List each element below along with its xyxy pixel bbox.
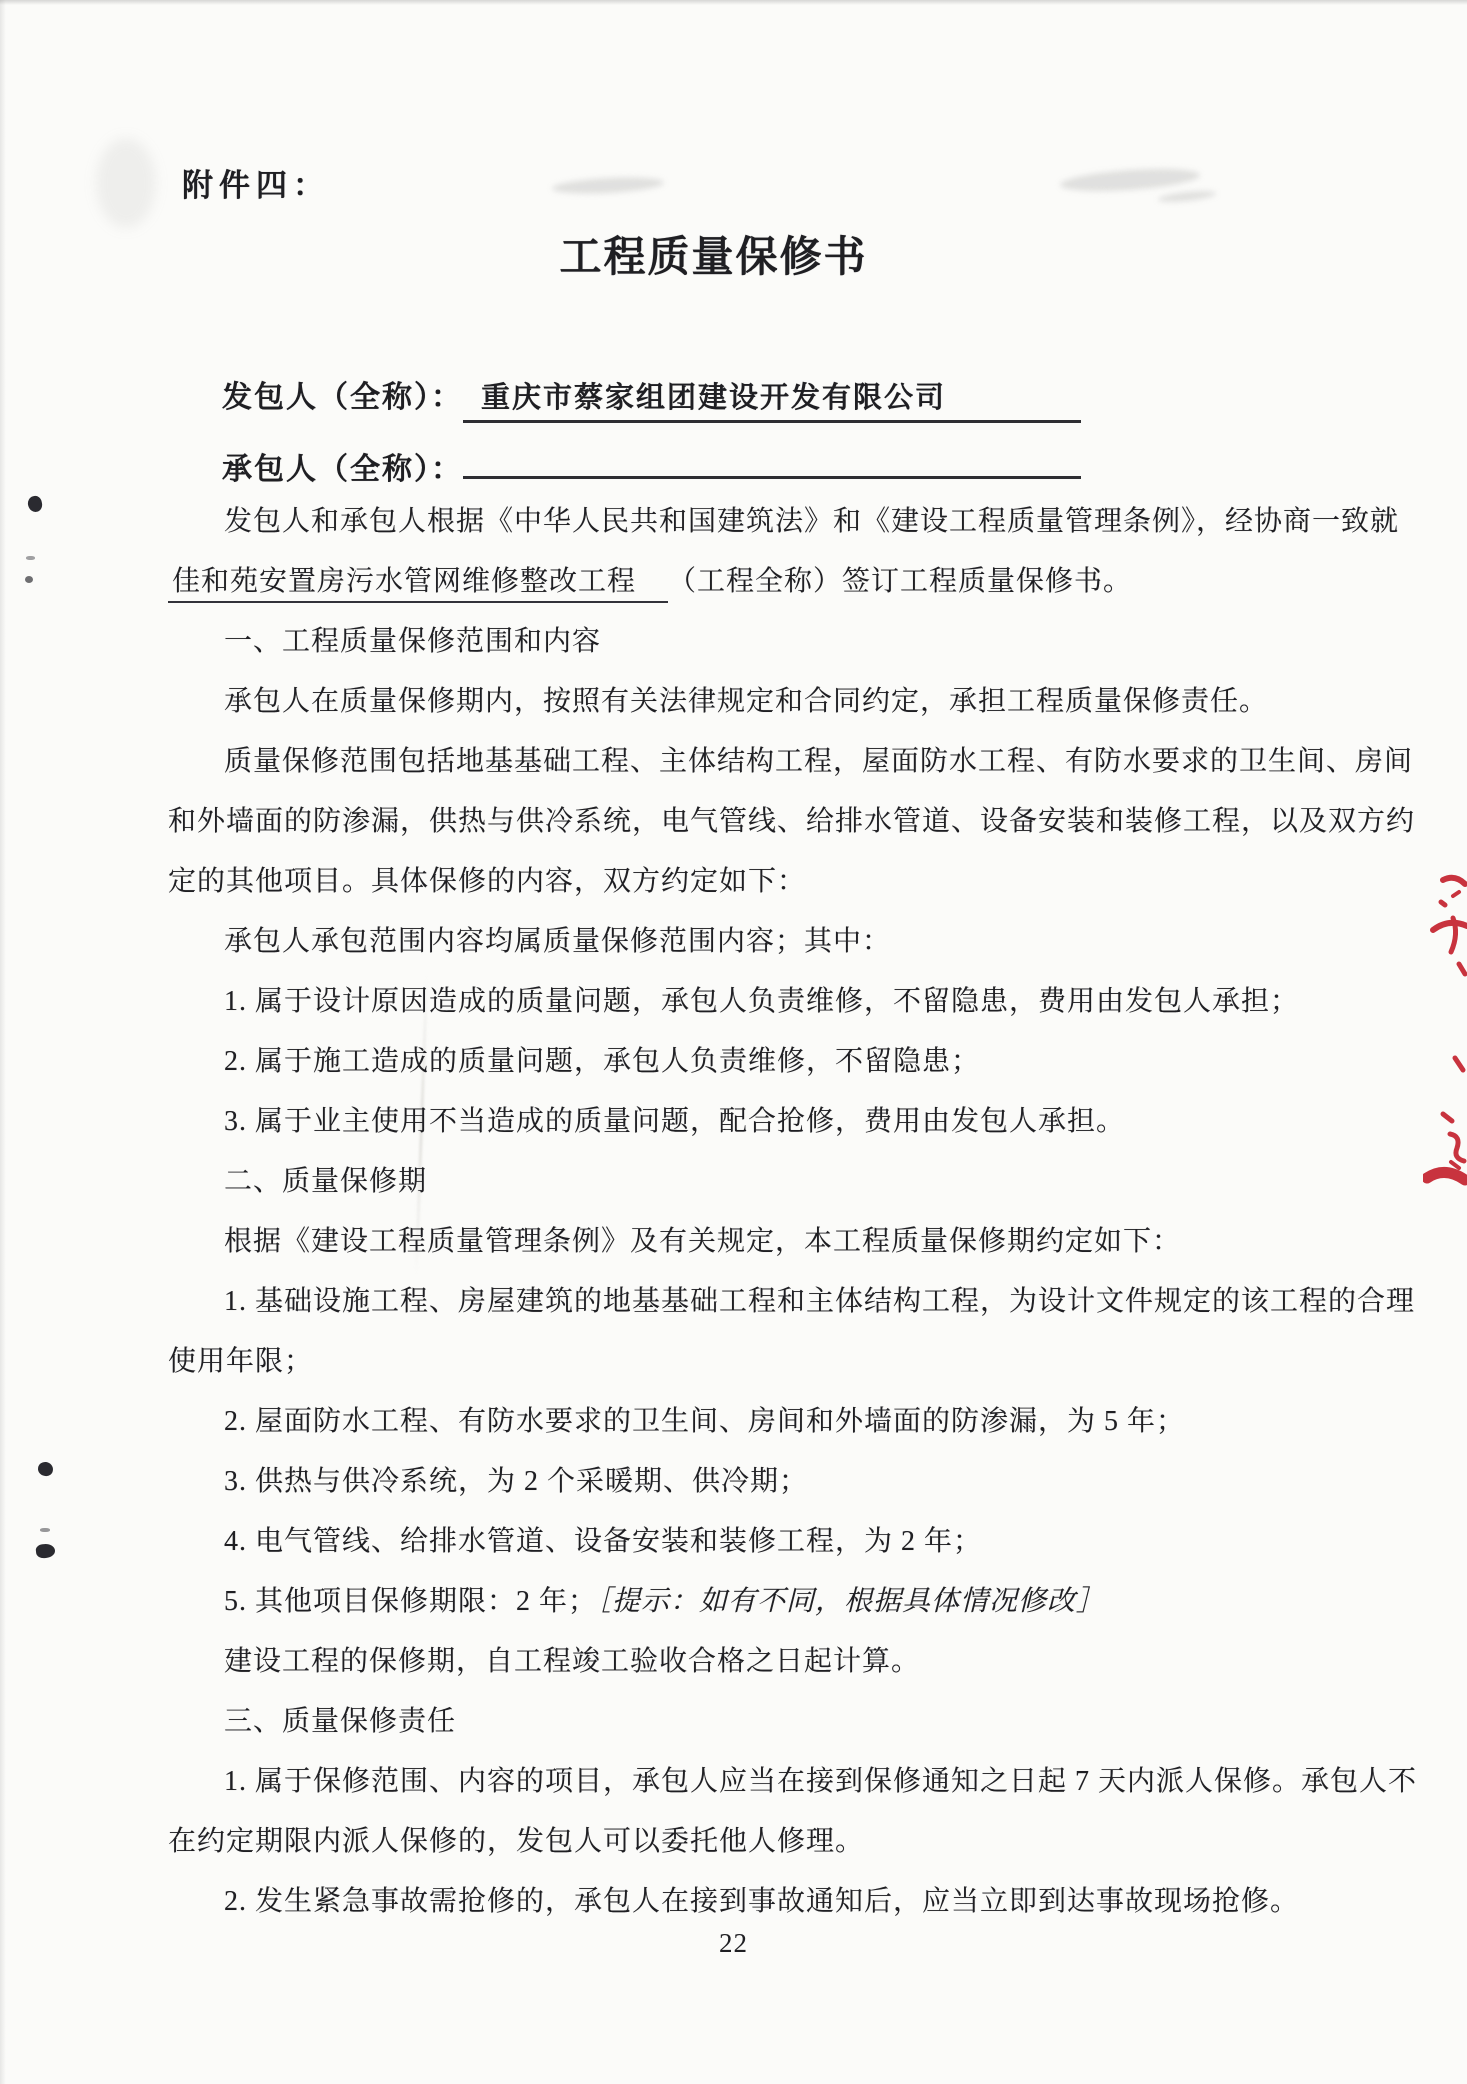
- scanned-document-page: 附件四： 工程质量保修书 发包人（全称）： 重庆市蔡家组团建设开发有限公司 承包…: [0, 0, 1467, 2084]
- binder-mark: [25, 576, 33, 583]
- text-segment: 使用年限；: [168, 1346, 313, 1377]
- text-segment: 3. 属于业主使用不当造成的质量问题，配合抢修，费用由发包人承担。: [224, 1106, 1125, 1137]
- body-line: 和外墙面的防渗漏，供热与供冷系统，电气管线、给排水管道、设备安装和装修工程，以及…: [168, 792, 1388, 852]
- scan-smudge: [96, 138, 156, 228]
- binder-mark: [40, 1528, 50, 1532]
- body-line: 建设工程的保修期，自工程竣工验收合格之日起计算。: [168, 1632, 1388, 1692]
- text-segment: 定的其他项目。具体保修的内容，双方约定如下：: [168, 866, 806, 897]
- text-segment: 建设工程的保修期，自工程竣工验收合格之日起计算。: [224, 1646, 920, 1677]
- party-row-contractor: 承包人（全称）：: [222, 434, 1081, 488]
- body-line: 1. 基础设施工程、房屋建筑的地基基础工程和主体结构工程，为设计文件规定的该工程…: [168, 1272, 1388, 1332]
- body-line: 佳和苑安置房污水管网维修整改工程（工程全称）签订工程质量保修书。: [168, 552, 1388, 612]
- binder-mark: [37, 1461, 54, 1477]
- body-line: 1. 属于设计原因造成的质量问题，承包人负责维修，不留隐患，费用由发包人承担；: [168, 972, 1388, 1032]
- binder-mark: [35, 1543, 55, 1559]
- text-segment: 三、质量保修责任: [224, 1706, 456, 1737]
- body-line: 2. 属于施工造成的质量问题，承包人负责维修，不留隐患；: [168, 1032, 1388, 1092]
- body-lines: 发包人和承包人根据《中华人民共和国建筑法》和《建设工程质量管理条例》，经协商一致…: [168, 492, 1388, 1932]
- text-segment: 承包人在质量保修期内，按照有关法律规定和合同约定，承担工程质量保修责任。: [224, 686, 1268, 717]
- text-segment: 一、工程质量保修范围和内容: [224, 626, 601, 657]
- text-segment: 和外墙面的防渗漏，供热与供冷系统，电气管线、给排水管道、设备安装和装修工程，以及…: [168, 806, 1415, 837]
- body-line: 质量保修范围包括地基基础工程、主体结构工程，屋面防水工程、有防水要求的卫生间、房…: [168, 732, 1388, 792]
- text-segment: 质量保修范围包括地基基础工程、主体结构工程，屋面防水工程、有防水要求的卫生间、房…: [224, 746, 1413, 777]
- party-row-employer: 发包人（全称）： 重庆市蔡家组团建设开发有限公司: [222, 372, 1081, 423]
- body-line: 4. 电气管线、给排水管道、设备安装和装修工程，为 2 年；: [168, 1512, 1388, 1572]
- body-line: 发包人和承包人根据《中华人民共和国建筑法》和《建设工程质量管理条例》，经协商一致…: [168, 492, 1388, 552]
- text-segment: 1. 属于保修范围、内容的项目，承包人应当在接到保修通知之日起 7 天内派人保修…: [224, 1766, 1417, 1797]
- scan-smudge: [1059, 165, 1200, 195]
- body-line: 5. 其他项目保修期限：2 年；［提示：如有不同，根据具体情况修改］: [168, 1572, 1388, 1632]
- text-segment: 2. 属于施工造成的质量问题，承包人负责维修，不留隐患；: [224, 1046, 980, 1077]
- text-segment: 3. 供热与供冷系统，为 2 个采暖期、供冷期；: [224, 1466, 808, 1497]
- red-ink-mark: [1423, 1052, 1467, 1197]
- text-segment: 2. 发生紧急事故需抢修的，承包人在接到事故通知后，应当立即到达事故现场抢修。: [224, 1886, 1299, 1917]
- body-line: 定的其他项目。具体保修的内容，双方约定如下：: [168, 852, 1388, 912]
- text-segment: （工程全称）签订工程质量保修书。: [668, 566, 1132, 597]
- body-line: 3. 供热与供冷系统，为 2 个采暖期、供冷期；: [168, 1452, 1388, 1512]
- scan-smudge: [1158, 189, 1217, 204]
- contractor-name-field: [463, 434, 1081, 479]
- scan-edge-shadow-left: [0, 0, 6, 2084]
- scan-smudge: [552, 175, 665, 196]
- text-segment: 4. 电气管线、给排水管道、设备安装和装修工程，为 2 年；: [224, 1526, 982, 1557]
- binder-mark: [26, 495, 43, 514]
- body-line: 使用年限；: [168, 1332, 1388, 1392]
- text-segment: 承包人承包范围内容均属质量保修范围内容；其中：: [224, 926, 891, 957]
- text-segment: 二、质量保修期: [224, 1166, 427, 1197]
- text-segment: 2. 屋面防水工程、有防水要求的卫生间、房间和外墙面的防渗漏，为 5 年；: [224, 1406, 1185, 1437]
- employer-name-field: 重庆市蔡家组团建设开发有限公司: [463, 375, 1081, 423]
- scan-edge-shadow: [0, 0, 1467, 5]
- red-ink-mark: [1429, 872, 1467, 992]
- text-segment: 5. 其他项目保修期限：2 年；: [224, 1586, 597, 1617]
- body-line: 承包人承包范围内容均属质量保修范围内容；其中：: [168, 912, 1388, 972]
- body-line: 二、质量保修期: [168, 1152, 1388, 1212]
- body-line: 2. 屋面防水工程、有防水要求的卫生间、房间和外墙面的防渗漏，为 5 年；: [168, 1392, 1388, 1452]
- contractor-label: 承包人（全称）：: [222, 444, 463, 488]
- employer-label: 发包人（全称）：: [222, 372, 463, 416]
- body-line: 2. 发生紧急事故需抢修的，承包人在接到事故通知后，应当立即到达事故现场抢修。: [168, 1872, 1388, 1932]
- text-segment: ［提示：如有不同，根据具体情况修改］: [597, 1586, 1105, 1617]
- body-line: 一、工程质量保修范围和内容: [168, 612, 1388, 672]
- body-line: 根据《建设工程质量管理条例》及有关规定，本工程质量保修期约定如下：: [168, 1212, 1388, 1272]
- attachment-label: 附件四：: [182, 160, 330, 205]
- binder-mark: [26, 556, 35, 560]
- body-line: 在约定期限内派人保修的，发包人可以委托他人修理。: [168, 1812, 1388, 1872]
- text-segment: 根据《建设工程质量管理条例》及有关规定，本工程质量保修期约定如下：: [224, 1226, 1181, 1257]
- body-line: 承包人在质量保修期内，按照有关法律规定和合同约定，承担工程质量保修责任。: [168, 672, 1388, 732]
- body-line: 1. 属于保修范围、内容的项目，承包人应当在接到保修通知之日起 7 天内派人保修…: [168, 1752, 1388, 1812]
- page-title: 工程质量保修书: [0, 224, 1447, 284]
- text-segment: 1. 属于设计原因造成的质量问题，承包人负责维修，不留隐患，费用由发包人承担；: [224, 986, 1299, 1017]
- body-line: 3. 属于业主使用不当造成的质量问题，配合抢修，费用由发包人承担。: [168, 1092, 1388, 1152]
- text-segment: 1. 基础设施工程、房屋建筑的地基基础工程和主体结构工程，为设计文件规定的该工程…: [224, 1286, 1415, 1317]
- body-line: 三、质量保修责任: [168, 1692, 1388, 1752]
- text-segment: 在约定期限内派人保修的，发包人可以委托他人修理。: [168, 1826, 864, 1857]
- project-name-underlined: 佳和苑安置房污水管网维修整改工程: [168, 566, 668, 603]
- text-segment: 发包人和承包人根据《中华人民共和国建筑法》和《建设工程质量管理条例》，经协商一致…: [224, 506, 1399, 537]
- page-number: 22: [0, 1928, 1467, 1959]
